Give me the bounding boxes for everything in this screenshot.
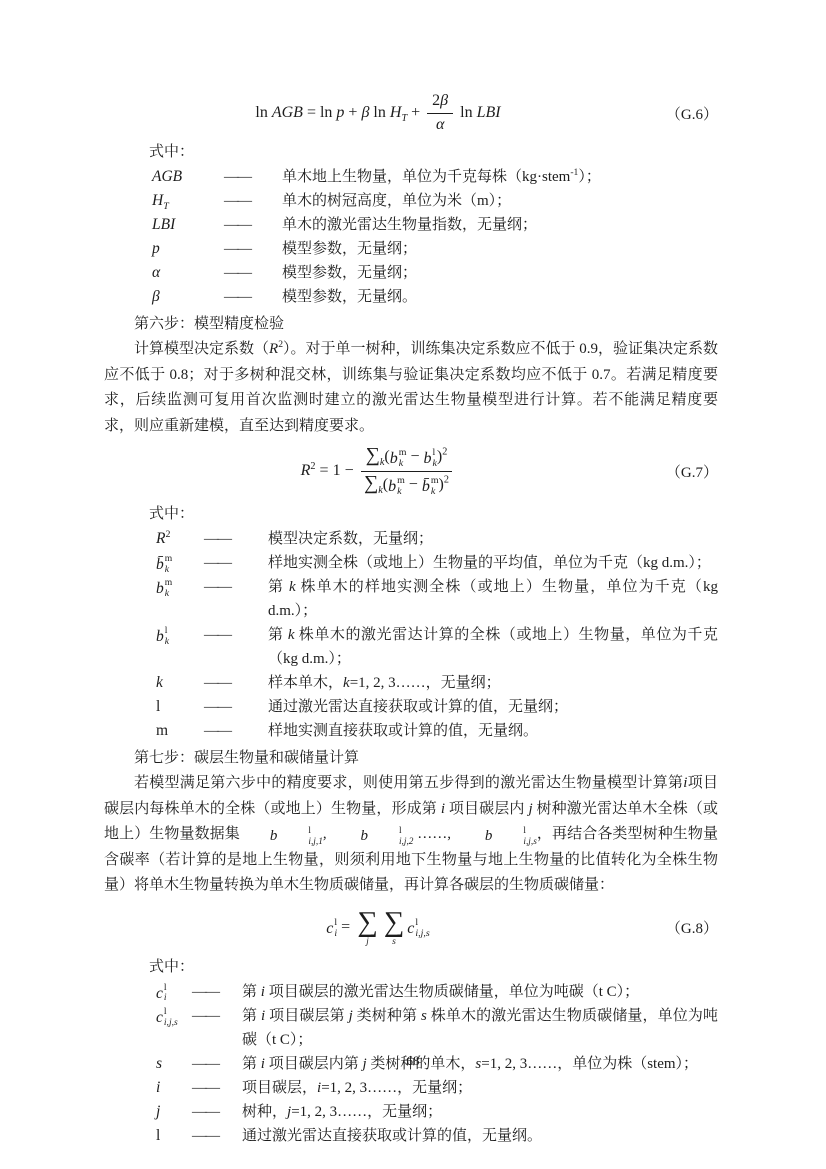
step6-paragraph: 计算模型决定系数（R2）。对于单一树种，训练集决定系数应不低于 0.9，验证集决… xyxy=(104,337,718,439)
def-symbol: i xyxy=(156,1076,192,1100)
def-dash: —— xyxy=(204,719,268,743)
def-description: 第 k 株单木的激光雷达计算的全株（或地上）生物量，单位为千克（kg d.m.）… xyxy=(268,623,718,671)
def-description: 样本单木，k=1, 2, 3……，无量纲； xyxy=(268,671,718,695)
def-symbol: α xyxy=(152,261,224,285)
step7-heading: 第七步：碳层生物量和碳储量计算 xyxy=(104,746,718,771)
def-row: LBI —— 单木的激光雷达生物量指数，无量纲； xyxy=(152,213,718,237)
formula-g8: cli = ∑j∑scli,j,s （G.8） xyxy=(104,905,718,951)
where-label-g7: 式中： xyxy=(104,502,718,526)
def-dash: —— xyxy=(204,551,268,575)
def-description: 项目碳层，i=1, 2, 3……，无量纲； xyxy=(242,1076,718,1100)
def-row: b̄mk —— 样地实测全株（或地上）生物量的平均值，单位为千克（kg d.m.… xyxy=(156,551,718,575)
def-symbol: β xyxy=(152,285,224,309)
formula-g8-label: （G.8） xyxy=(652,917,718,938)
def-symbol: blk xyxy=(156,623,204,647)
def-row: HT —— 单木的树冠高度，单位为米（m）； xyxy=(152,189,718,213)
def-dash: —— xyxy=(204,575,268,599)
def-description: 样地实测直接获取或计算的值，无量纲。 xyxy=(268,719,718,743)
def-row: AGB —— 单木地上生物量，单位为千克每株（kg·stem-1）； xyxy=(152,165,718,189)
formula-g7-label: （G.7） xyxy=(652,461,718,482)
def-description: 样地实测全株（或地上）生物量的平均值，单位为千克（kg d.m.）； xyxy=(268,551,718,575)
def-dash: —— xyxy=(204,527,268,551)
definition-list-g6: AGB —— 单木地上生物量，单位为千克每株（kg·stem-1）； HT ——… xyxy=(104,165,718,309)
where-label-g8: 式中： xyxy=(104,955,718,979)
def-dash: —— xyxy=(204,623,268,647)
def-row: j —— 树种，j=1, 2, 3……，无量纲； xyxy=(156,1100,718,1124)
document-page: ln AGB = ln p + β ln HT + 2βα ln LBI （G.… xyxy=(0,0,826,1169)
def-description: 第 k 株单木的样地实测全株（或地上）生物量，单位为千克（kg d.m.）； xyxy=(268,575,718,623)
def-description: 通过激光雷达直接获取或计算的值，无量纲。 xyxy=(242,1124,718,1148)
def-symbol: l xyxy=(156,1124,192,1148)
step7-paragraph: 若模型满足第六步中的精度要求，则使用第五步得到的激光雷达生物量模型计算第i项目碳… xyxy=(104,771,718,899)
def-row: m —— 样地实测直接获取或计算的值，无量纲。 xyxy=(156,719,718,743)
def-symbol: l xyxy=(156,695,204,719)
formula-g7-body: R2 = 1 − ∑k(bmk − blk)2∑k(bmk − b̄mk)2 xyxy=(104,445,652,498)
def-dash: —— xyxy=(192,1100,242,1124)
def-row: l —— 通过激光雷达直接获取或计算的值，无量纲。 xyxy=(156,1124,718,1148)
def-symbol: k xyxy=(156,671,204,695)
def-symbol: p xyxy=(152,237,224,261)
formula-g7: R2 = 1 − ∑k(bmk − blk)2∑k(bmk − b̄mk)2 （… xyxy=(104,445,718,498)
def-symbol: bmk xyxy=(156,575,204,599)
def-dash: —— xyxy=(192,1004,242,1028)
def-row: i —— 项目碳层，i=1, 2, 3……，无量纲； xyxy=(156,1076,718,1100)
def-description: 通过激光雷达直接获取或计算的值，无量纲； xyxy=(268,695,718,719)
def-dash: —— xyxy=(224,165,282,189)
def-dash: —— xyxy=(224,189,282,213)
definition-list-g7: R2 —— 模型决定系数，无量纲； b̄mk —— 样地实测全株（或地上）生物量… xyxy=(104,527,718,743)
def-dash: —— xyxy=(192,980,242,1004)
def-description: 第 i 项目碳层第 j 类树种第 s 株单木的激光雷达生物质碳储量，单位为吨碳（… xyxy=(242,1004,718,1052)
def-dash: —— xyxy=(224,237,282,261)
def-symbol: LBI xyxy=(152,213,224,237)
def-symbol: R2 xyxy=(156,527,204,551)
def-dash: —— xyxy=(204,671,268,695)
def-row: k —— 样本单木，k=1, 2, 3……，无量纲； xyxy=(156,671,718,695)
def-symbol: b̄mk xyxy=(156,551,204,575)
def-description: 模型参数，无量纲； xyxy=(282,261,718,285)
def-description: 树种，j=1, 2, 3……，无量纲； xyxy=(242,1100,718,1124)
def-dash: —— xyxy=(192,1076,242,1100)
formula-g6: ln AGB = ln p + β ln HT + 2βα ln LBI （G.… xyxy=(104,90,718,136)
def-symbol: j xyxy=(156,1100,192,1124)
document-content: ln AGB = ln p + β ln HT + 2βα ln LBI （G.… xyxy=(104,84,718,1150)
def-row: R2 —— 模型决定系数，无量纲； xyxy=(156,527,718,551)
def-row: cli —— 第 i 项目碳层的激光雷达生物质碳储量，单位为吨碳（t C）； xyxy=(156,980,718,1004)
def-dash: —— xyxy=(204,695,268,719)
def-description: 单木的激光雷达生物量指数，无量纲； xyxy=(282,213,718,237)
def-symbol: HT xyxy=(152,189,224,213)
def-description: 单木地上生物量，单位为千克每株（kg·stem-1）； xyxy=(282,165,718,189)
def-symbol: cli xyxy=(156,980,192,1004)
def-description: 第 i 项目碳层的激光雷达生物质碳储量，单位为吨碳（t C）； xyxy=(242,980,718,1004)
step6-heading: 第六步：模型精度检验 xyxy=(104,312,718,337)
def-symbol: AGB xyxy=(152,165,224,189)
formula-g6-label: （G.6） xyxy=(652,103,718,124)
def-symbol: m xyxy=(156,719,204,743)
where-label-g6: 式中： xyxy=(104,140,718,164)
def-dash: —— xyxy=(192,1124,242,1148)
def-row: l —— 通过激光雷达直接获取或计算的值，无量纲； xyxy=(156,695,718,719)
page-number: 68 xyxy=(0,1053,826,1069)
def-row: bmk —— 第 k 株单木的样地实测全株（或地上）生物量，单位为千克（kg d… xyxy=(156,575,718,623)
def-row: β —— 模型参数，无量纲。 xyxy=(152,285,718,309)
def-row: α —— 模型参数，无量纲； xyxy=(152,261,718,285)
def-description: 模型参数，无量纲。 xyxy=(282,285,718,309)
def-row: cli,j,s —— 第 i 项目碳层第 j 类树种第 s 株单木的激光雷达生物… xyxy=(156,1004,718,1052)
def-description: 单木的树冠高度，单位为米（m）； xyxy=(282,189,718,213)
def-dash: —— xyxy=(224,285,282,309)
def-row: blk —— 第 k 株单木的激光雷达计算的全株（或地上）生物量，单位为千克（k… xyxy=(156,623,718,671)
def-symbol: cli,j,s xyxy=(156,1004,192,1028)
formula-g8-body: cli = ∑j∑scli,j,s xyxy=(104,909,652,947)
def-row: p —— 模型参数，无量纲； xyxy=(152,237,718,261)
def-description: 模型决定系数，无量纲； xyxy=(268,527,718,551)
formula-g6-body: ln AGB = ln p + β ln HT + 2βα ln LBI xyxy=(104,91,652,136)
def-dash: —— xyxy=(224,213,282,237)
def-dash: —— xyxy=(224,261,282,285)
def-description: 模型参数，无量纲； xyxy=(282,237,718,261)
